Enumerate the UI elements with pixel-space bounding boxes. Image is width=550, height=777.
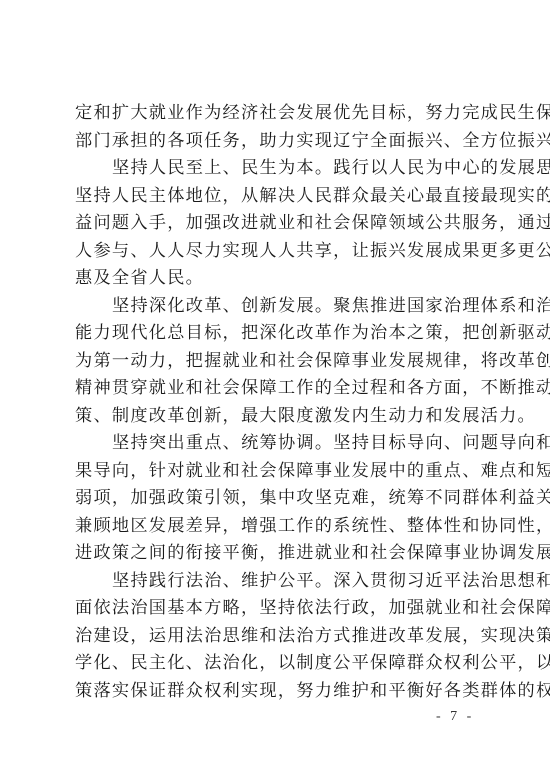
- text-line: 惠及全省人民。: [75, 265, 481, 293]
- text-line: 学化、民主化、法治化，以制度公平保障群众权利公平，以政: [75, 650, 481, 678]
- text-line: 果导向，针对就业和社会保障事业发展中的重点、难点和短板、: [75, 458, 481, 486]
- text-line: 精神贯穿就业和社会保障工作的全过程和各方面，不断推动政: [75, 375, 481, 403]
- text-line: 进政策之间的衔接平衡，推进就业和社会保障事业协调发展。: [75, 540, 481, 568]
- text-line: 为第一动力，把握就业和社会保障事业发展规律，将改革创新: [75, 348, 481, 376]
- body-text: 定和扩大就业作为经济社会发展优先目标，努力完成民生保障 部门承担的各项任务，助力…: [75, 100, 481, 705]
- text-line: 坚持突出重点、统筹协调。坚持目标导向、问题导向和结: [75, 430, 481, 458]
- paragraph-continuation: 定和扩大就业作为经济社会发展优先目标，努力完成民生保障 部门承担的各项任务，助力…: [75, 100, 481, 155]
- paragraph-people-first: 坚持人民至上、民生为本。践行以人民为中心的发展思想， 坚持人民主体地位，从解决人…: [75, 155, 481, 293]
- text-line: 治建设，运用法治思维和法治方式推进改革发展，实现决策科: [75, 623, 481, 651]
- text-line: 坚持人民主体地位，从解决人民群众最关心最直接最现实的利: [75, 183, 481, 211]
- text-line: 人参与、人人尽力实现人人共享，让振兴发展成果更多更公平: [75, 238, 481, 266]
- text-line: 定和扩大就业作为经济社会发展优先目标，努力完成民生保障: [75, 100, 481, 128]
- text-line: 兼顾地区发展差异，增强工作的系统性、整体性和协同性，促: [75, 513, 481, 541]
- page-number: - 7 -: [436, 709, 474, 725]
- paragraph-rule-of-law: 坚持践行法治、维护公平。深入贯彻习近平法治思想和全 面依法治国基本方略，坚持依法…: [75, 568, 481, 706]
- text-line: 坚持人民至上、民生为本。践行以人民为中心的发展思想，: [75, 155, 481, 183]
- text-line: 弱项，加强政策引领，集中攻坚克难，统筹不同群体利益关系，: [75, 485, 481, 513]
- text-line: 部门承担的各项任务，助力实现辽宁全面振兴、全方位振兴。: [75, 128, 481, 156]
- text-line: 坚持深化改革、创新发展。聚焦推进国家治理体系和治理: [75, 293, 481, 321]
- paragraph-key-points: 坚持突出重点、统筹协调。坚持目标导向、问题导向和结 果导向，针对就业和社会保障事…: [75, 430, 481, 568]
- text-line: 策落实保证群众权利实现，努力维护和平衡好各类群体的权益。: [75, 678, 481, 706]
- text-line: 能力现代化总目标，把深化改革作为治本之策，把创新驱动作: [75, 320, 481, 348]
- text-line: 坚持践行法治、维护公平。深入贯彻习近平法治思想和全: [75, 568, 481, 596]
- text-line: 策、制度改革创新，最大限度激发内生动力和发展活力。: [75, 403, 481, 431]
- document-page: 定和扩大就业作为经济社会发展优先目标，努力完成民生保障 部门承担的各项任务，助力…: [0, 0, 550, 777]
- text-line: 面依法治国基本方略，坚持依法行政，加强就业和社会保障法: [75, 595, 481, 623]
- paragraph-reform-innovation: 坚持深化改革、创新发展。聚焦推进国家治理体系和治理 能力现代化总目标，把深化改革…: [75, 293, 481, 431]
- text-line: 益问题入手，加强改进就业和社会保障领域公共服务，通过人: [75, 210, 481, 238]
